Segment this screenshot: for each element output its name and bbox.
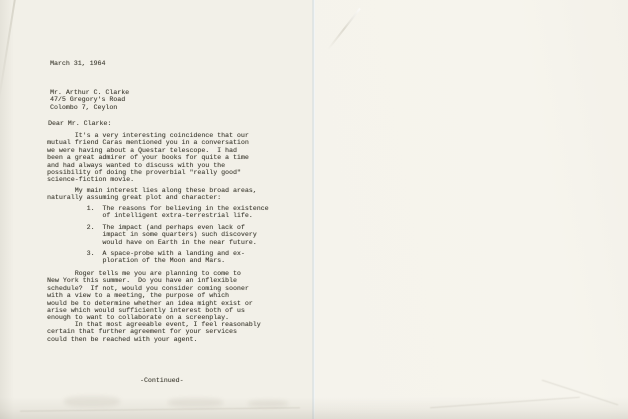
letter-page-1: March 31, 1964 Mr. Arthur C. Clarke 47/5… xyxy=(0,0,313,419)
letter-date: March 31, 1964 xyxy=(50,60,105,67)
salutation: Dear Mr. Clarke: xyxy=(48,120,111,127)
list-item-1: 1. The reasons for believing in the exis… xyxy=(47,205,269,220)
paragraph-meeting-proposal: Roger tells me you are planning to come … xyxy=(47,270,253,322)
letter-page-2: Mr. Arthur C. Clarke -2- March 31, 1964 … xyxy=(315,0,628,419)
paragraph-main-interest: My main interest lies along these broad … xyxy=(47,187,257,202)
list-item-2: 2. The impact (and perhaps even lack of … xyxy=(47,224,257,246)
paragraph-agreement: In that most agreeable event, I feel rea… xyxy=(47,321,261,343)
list-item-3: 3. A space-probe with a landing and ex- … xyxy=(47,250,245,265)
continued-marker: -Continued- xyxy=(140,377,184,384)
recipient-address: Mr. Arthur C. Clarke 47/5 Gregory's Road… xyxy=(50,89,129,111)
paragraph-introduction: It's a very interesting coincidence that… xyxy=(47,132,249,184)
scanned-letter: March 31, 1964 Mr. Arthur C. Clarke 47/5… xyxy=(0,0,628,419)
